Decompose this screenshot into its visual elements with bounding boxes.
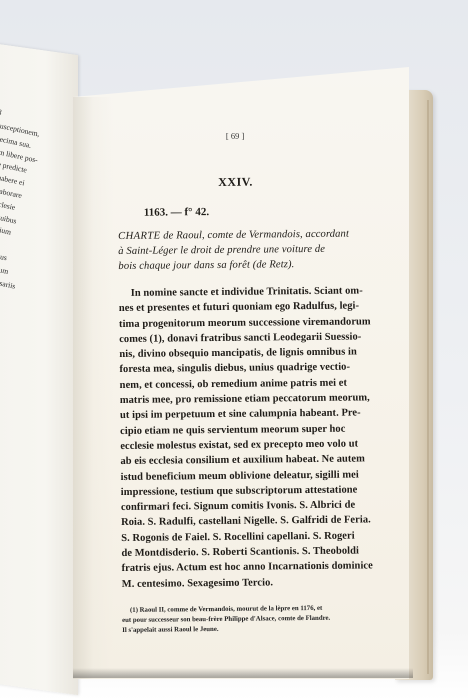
- charter-title-lead: CHARTE: [118, 231, 161, 242]
- charter-numeral: XXIV.: [91, 173, 379, 191]
- body-line: M. centesimo. Sexagesimo Tercio.: [122, 574, 384, 592]
- charter-title-text: de Raoul, comte de Vermandois, accordant: [160, 229, 349, 242]
- footnote: (1) Raoul II, comme de Vermandois, mouru…: [122, 603, 384, 636]
- page-bottom-shadow: [73, 668, 413, 678]
- left-page: 68 arabilem terre susceptionem, m a terr…: [0, 40, 78, 695]
- charter-title-line: bois chaque jour dans sa forêt (de Retz)…: [118, 256, 380, 274]
- left-page-number: 68: [0, 107, 3, 117]
- right-page-text-block: [ 69 ] XXIV. 1163. — f° 42. CHARTE de Ra…: [117, 129, 384, 636]
- book-photo: 68 arabilem terre susceptionem, m a terr…: [0, 0, 468, 700]
- charter-title: CHARTE de Raoul, comte de Vermandois, ac…: [118, 226, 380, 274]
- left-page-text-block: 68 arabilem terre susceptionem, m a terr…: [0, 40, 78, 71]
- left-page-lines: arabilem terre susceptionem, m a terragi…: [0, 110, 78, 577]
- charter-body: In nomine sancte et individue Trinitatis…: [119, 283, 384, 592]
- charter-dateline: 1163. — f° 42.: [144, 204, 380, 218]
- page-number: [ 69 ]: [91, 129, 379, 142]
- body-line: fratris ejus. Actum est hoc anno Incarna…: [121, 559, 383, 577]
